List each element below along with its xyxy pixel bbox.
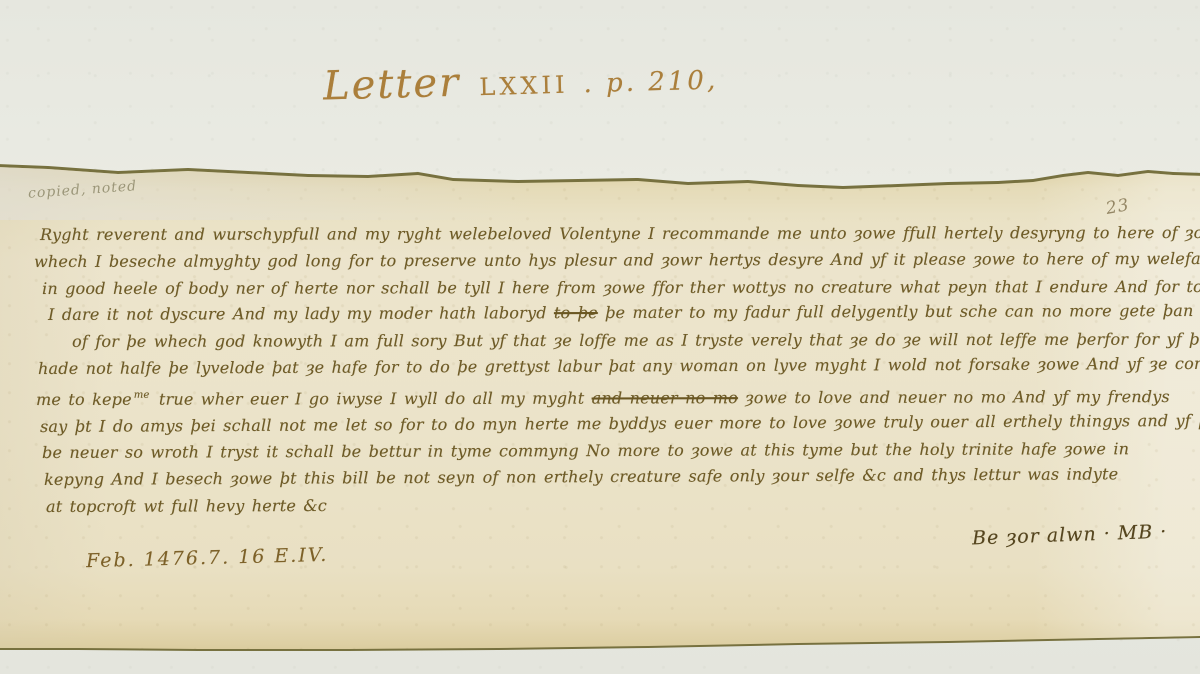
manuscript-line: say þt I do amys þei schall not me let s…	[34, 408, 1188, 441]
manuscript-text: say þt I do amys þei schall not me let s…	[40, 410, 1200, 435]
manuscript-text: of for þe whech god knowyth I am full so…	[72, 330, 1200, 351]
manuscript-line: Ryght reverent and wurschypfull and my r…	[34, 220, 1188, 249]
manuscript-line: I dare it not dyscure And my lady my mod…	[34, 298, 1188, 329]
manuscript-line: kepyng And I besech ȝowe þt this bill be…	[34, 461, 1188, 494]
header-word-letter: Letter	[322, 60, 460, 110]
letter-body: Ryght reverent and wurschypfull and my r…	[34, 222, 1188, 521]
manuscript-text: whech I beseche almyghty god long for to…	[34, 248, 1200, 270]
header-page-number: . p. 210,	[583, 65, 718, 99]
manuscript-line: whech I beseche almyghty god long for to…	[34, 246, 1188, 276]
manuscript-text: hade not halfe þe lyvelode þat ȝe hafe f…	[38, 354, 1200, 378]
struck-text: and neuer no mo	[592, 388, 738, 407]
manuscript-text: kepyng And I besech ȝowe þt this bill be…	[44, 464, 1118, 489]
manuscript-text: ȝowe to love and neuer no mo And yf my f…	[738, 387, 1170, 407]
header-caption: Letter LXXII . p. 210,	[322, 52, 718, 109]
folio-number: 23	[1104, 195, 1131, 219]
manuscript-text: be neuer so wroth I tryst it schall be b…	[42, 440, 1129, 463]
manuscript-text: I dare it not dyscure And my lady my mod…	[48, 304, 554, 325]
manuscript-text: Ryght reverent and wurschypfull and my r…	[40, 223, 1200, 244]
manuscript-text: in good heele of body ner of herte nor s…	[42, 276, 1200, 297]
manuscript-line: hade not halfe þe lyvelode þat ȝe hafe f…	[34, 351, 1188, 383]
manuscript-line: at topcroft wt full hevy herte &c	[34, 490, 1188, 521]
manuscript-text: me to kepe	[36, 390, 132, 409]
manuscript-text: at topcroft wt full hevy herte &c	[46, 496, 327, 516]
header-letter-number: LXXII	[479, 71, 569, 101]
manuscript-text: þe mater to my fadur full delygently but…	[598, 301, 1200, 322]
manuscript-text: true wher euer I go iwyse I wyll do all …	[152, 388, 592, 408]
manuscript-photo: { "header": { "label": "Letter", "number…	[0, 0, 1200, 674]
interlinear-insertion: me	[134, 389, 150, 400]
struck-text: to þe	[554, 303, 598, 322]
